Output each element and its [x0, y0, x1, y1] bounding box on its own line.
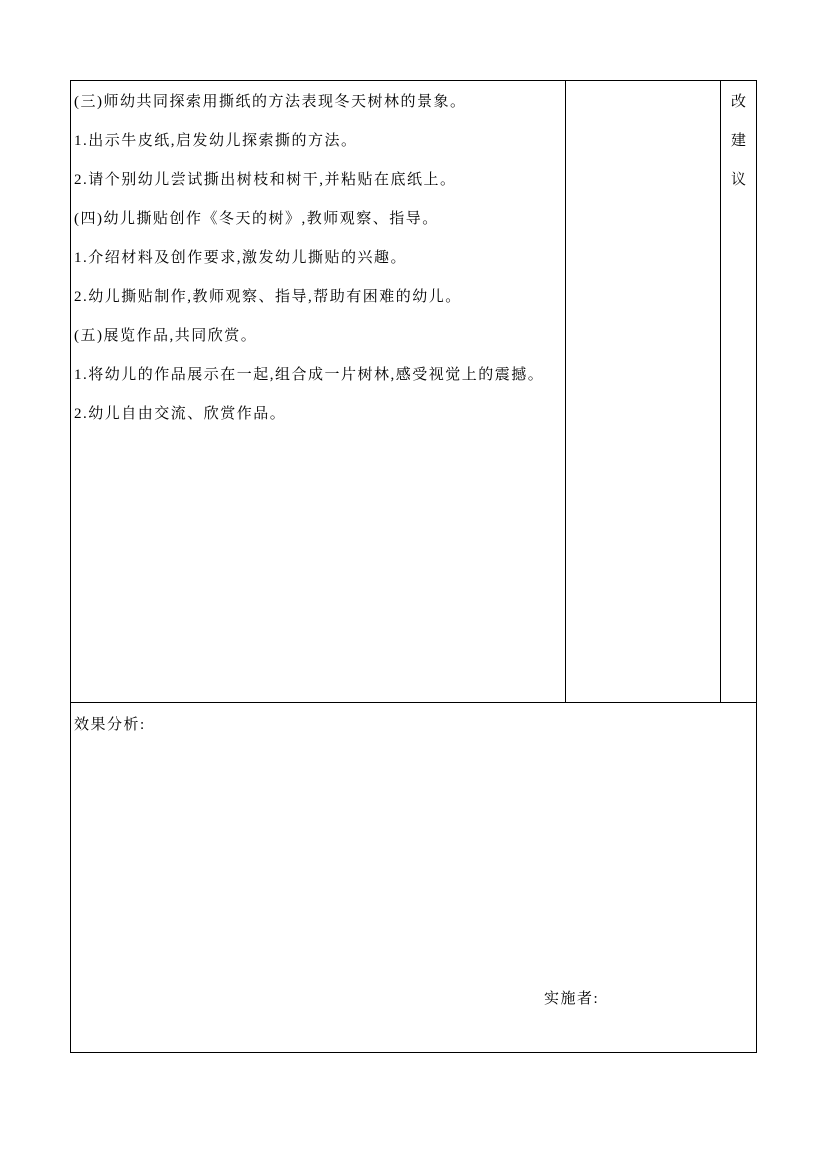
- activity-step-line: 1.介绍材料及创作要求,激发幼儿撕贴的兴趣。: [74, 239, 565, 278]
- activity-step-line: (三)师幼共同探索用撕纸的方法表现冬天树林的景象。: [74, 83, 565, 122]
- revision-suggestion-char: 建: [721, 122, 756, 161]
- activity-step-line: 2.请个别幼儿尝试撕出树枝和树干,并粘贴在底纸上。: [74, 161, 565, 200]
- notes-cell: [566, 81, 721, 702]
- activity-step-line: 2.幼儿自由交流、欣赏作品。: [74, 395, 565, 434]
- activity-step-line: 2.幼儿撕贴制作,教师观察、指导,帮助有困难的幼儿。: [74, 278, 565, 317]
- activity-row: (三)师幼共同探索用撕纸的方法表现冬天树林的景象。 1.出示牛皮纸,启发幼儿探索…: [70, 80, 757, 703]
- activity-step-line: (五)展览作品,共同欣赏。: [74, 317, 565, 356]
- revision-suggestion-cell: 改 建 议: [721, 81, 756, 702]
- activity-steps-cell: (三)师幼共同探索用撕纸的方法表现冬天树林的景象。 1.出示牛皮纸,启发幼儿探索…: [71, 81, 566, 702]
- activity-step-line: (四)幼儿撕贴创作《冬天的树》,教师观察、指导。: [74, 200, 565, 239]
- lesson-plan-table: (三)师幼共同探索用撕纸的方法表现冬天树林的景象。 1.出示牛皮纸,启发幼儿探索…: [70, 80, 757, 1053]
- effect-analysis-row: 效果分析: 实施者:: [70, 703, 757, 1053]
- activity-step-line: 1.将幼儿的作品展示在一起,组合成一片树林,感受视觉上的震撼。: [74, 356, 565, 395]
- activity-step-line: 1.出示牛皮纸,启发幼儿探索撕的方法。: [74, 122, 565, 161]
- effect-analysis-label: 效果分析:: [74, 706, 146, 745]
- revision-suggestion-char: 议: [721, 161, 756, 200]
- revision-suggestion-char: 改: [721, 83, 756, 122]
- implementer-label: 实施者:: [544, 980, 599, 1019]
- document-page: (三)师幼共同探索用撕纸的方法表现冬天树林的景象。 1.出示牛皮纸,启发幼儿探索…: [0, 0, 827, 1170]
